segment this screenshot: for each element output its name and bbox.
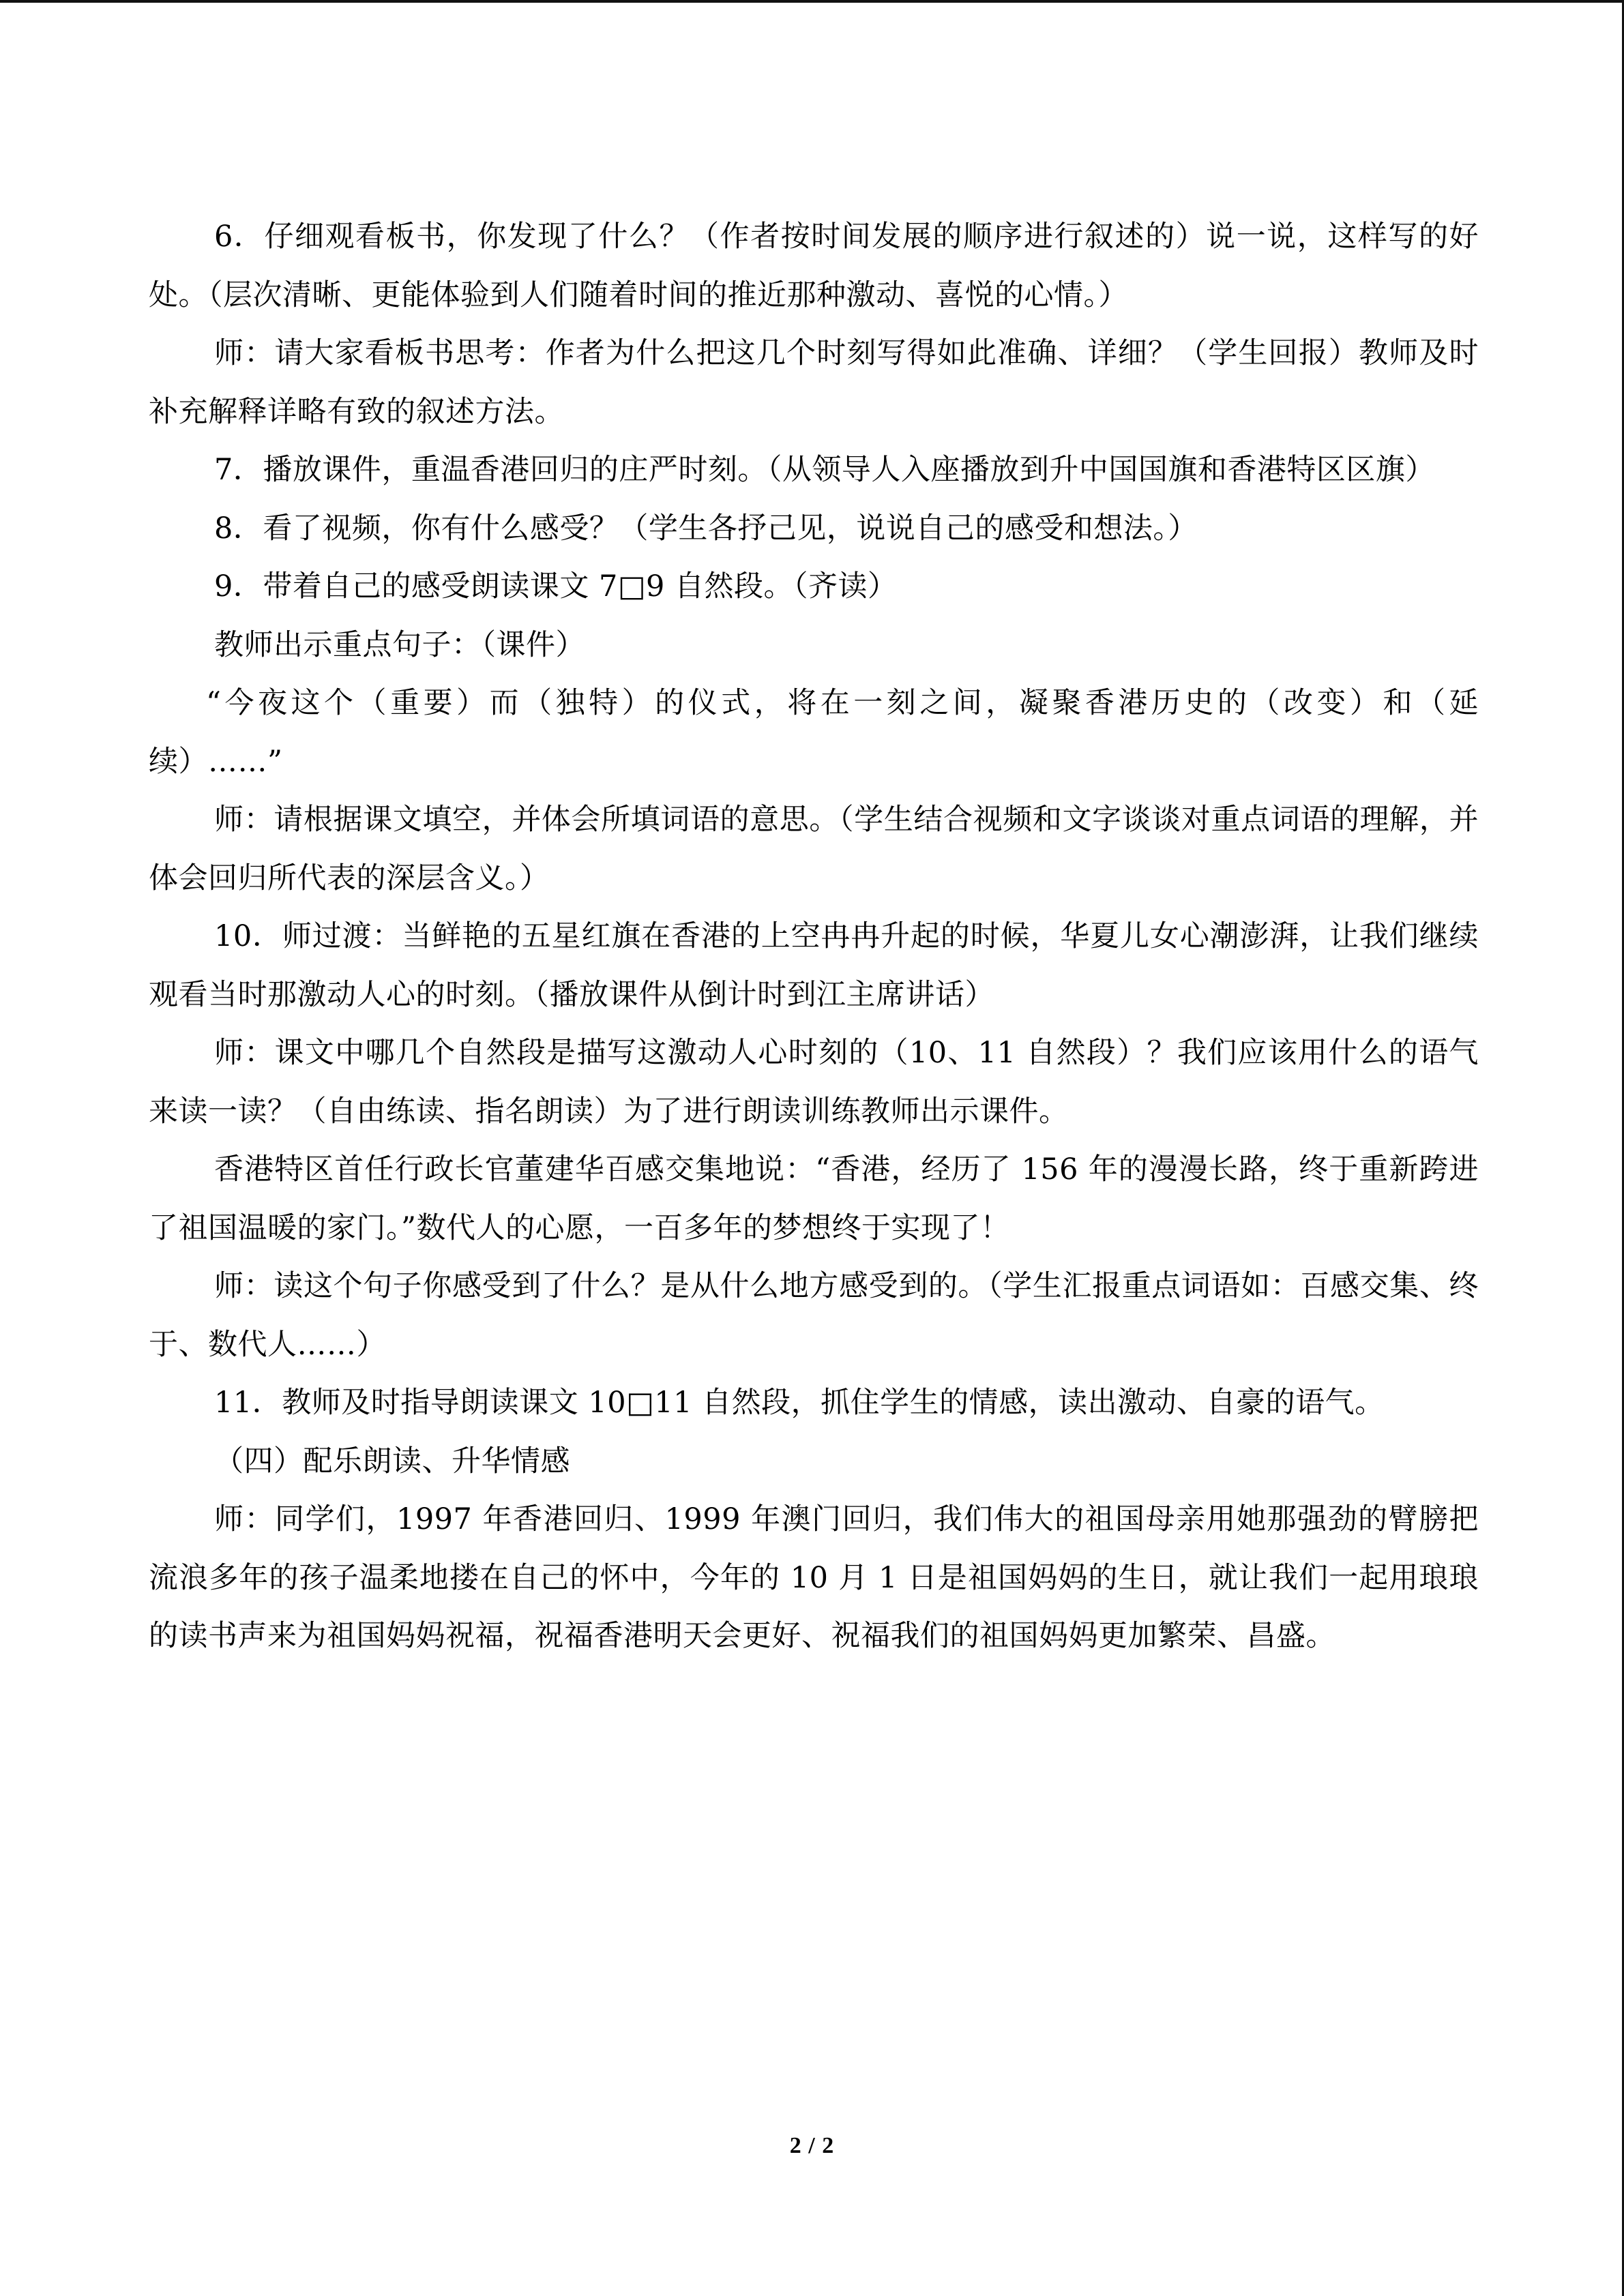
paragraph-which-paragraphs: 师：课文中哪几个自然段是描写这激动人心时刻的（10、11 自然段）？我们应该用什…: [149, 1024, 1479, 1141]
section-heading-four: （四）配乐朗读、升华情感: [149, 1433, 1479, 1491]
document-body: 6．仔细观看板书，你发现了什么？（作者按时间发展的顺序进行叙述的）说一说，这样写…: [149, 208, 1479, 1666]
paragraph-step-6: 6．仔细观看板书，你发现了什么？（作者按时间发展的顺序进行叙述的）说一说，这样写…: [149, 208, 1479, 325]
paragraph-closing: 师：同学们，1997 年香港回归、1999 年澳门回归，我们伟大的祖国母亲用她那…: [149, 1491, 1479, 1666]
paragraph-feel-sentence: 师：读这个句子你感受到了什么？是从什么地方感受到的。（学生汇报重点词语如：百感交…: [149, 1257, 1479, 1374]
paragraph-key-sentence-intro: 教师出示重点句子：（课件）: [149, 616, 1479, 675]
paragraph-step-7: 7．播放课件，重温香港回归的庄严时刻。（从领导人入座播放到升中国国旗和香港特区区…: [149, 441, 1479, 500]
paragraph-step-11: 11．教师及时指导朗读课文 10□11 自然段，抓住学生的情感，读出激动、自豪的…: [149, 1374, 1479, 1433]
paragraph-teacher-board-question: 师：请大家看板书思考：作者为什么把这几个时刻写得如此准确、详细？（学生回报）教师…: [149, 325, 1479, 441]
paragraph-step-8: 8．看了视频，你有什么感受？（学生各抒己见，说说自己的感受和想法。）: [149, 500, 1479, 558]
paragraph-fill-blanks: 师：请根据课文填空，并体会所填词语的意思。（学生结合视频和文字谈谈对重点词语的理…: [149, 791, 1479, 908]
page-top-border: [0, 0, 1624, 3]
paragraph-step-9: 9．带着自己的感受朗读课文 7□9 自然段。（齐读）: [149, 558, 1479, 616]
paragraph-dong-jianhua-quote: 香港特区首任行政长官董建华百感交集地说：“香港，经历了 156 年的漫漫长路，终…: [149, 1141, 1479, 1257]
paragraph-key-sentence-quote: “今夜这个（重要）而（独特）的仪式，将在一刻之间，凝聚香港历史的（改变）和（延续…: [149, 674, 1479, 791]
paragraph-step-10: 10．师过渡：当鲜艳的五星红旗在香港的上空冉冉升起的时候，华夏儿女心潮澎湃，让我…: [149, 908, 1479, 1024]
page-number: 2 / 2: [0, 2133, 1624, 2159]
